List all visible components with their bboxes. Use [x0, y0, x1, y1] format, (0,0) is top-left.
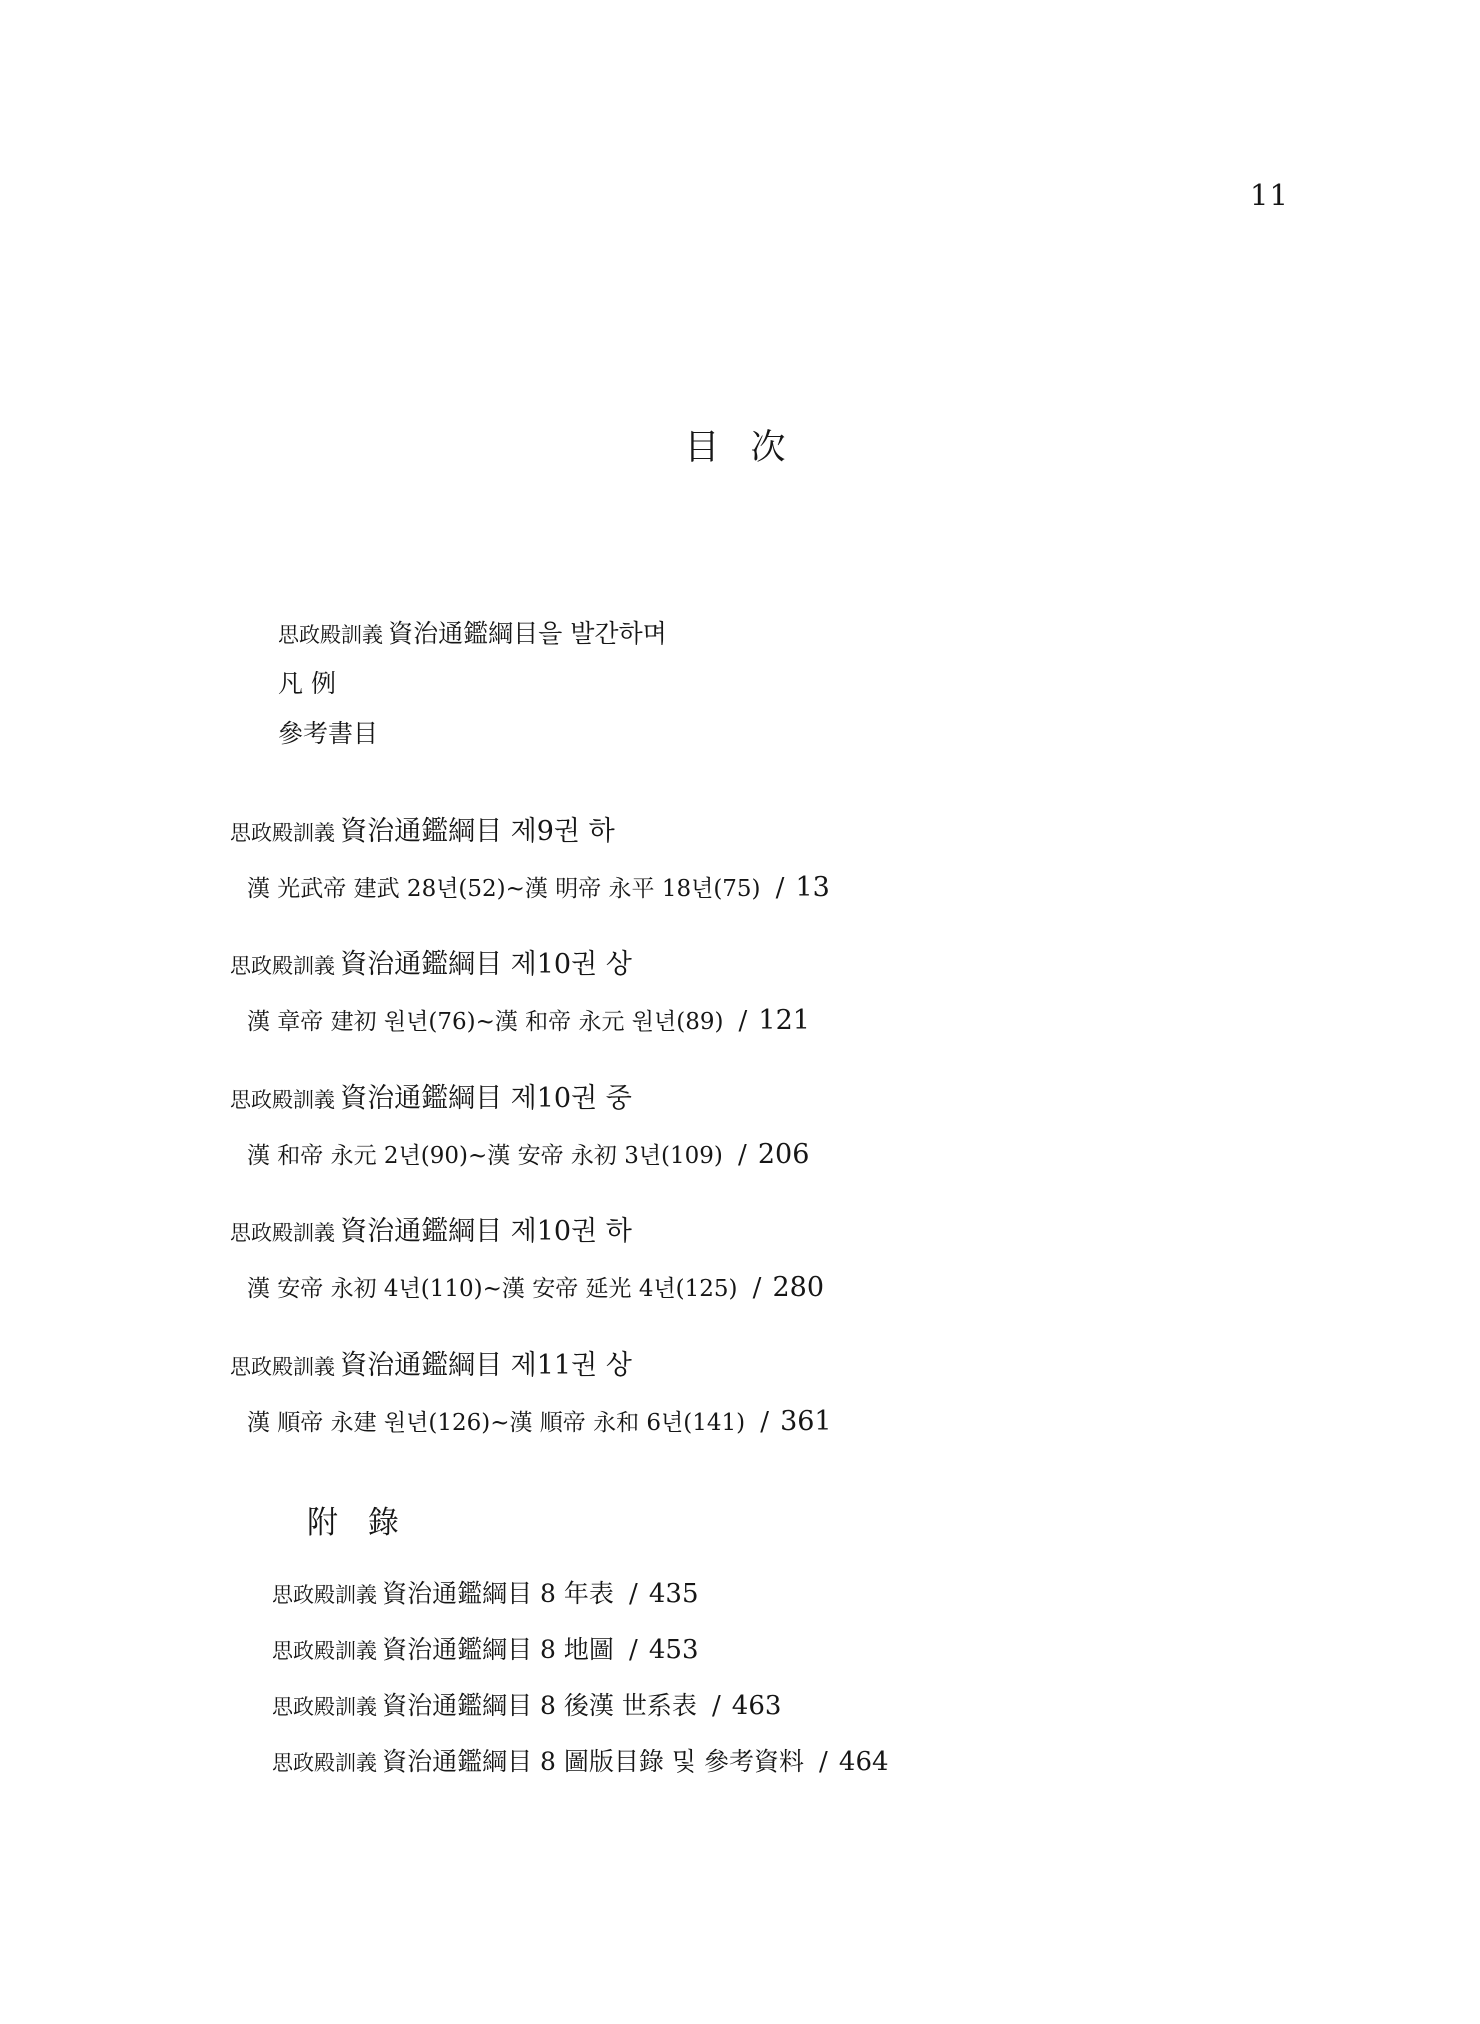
- page-separator: /: [750, 1407, 775, 1437]
- series-prefix: 思政殿訓義: [272, 1695, 377, 1719]
- series-prefix: 思政殿訓義: [278, 623, 383, 647]
- front-matter-item: 參考書目: [278, 710, 667, 760]
- appendix-item-label: 資治通鑑綱目 8 年表: [382, 1579, 614, 1608]
- toc-entry-page: 361: [780, 1406, 832, 1437]
- appendix-item-label: 資治通鑑綱目 8 圖版目錄 및 參考資料: [382, 1747, 804, 1776]
- page-separator: /: [619, 1635, 644, 1665]
- page-number: 11: [1250, 178, 1289, 212]
- toc-entry: 思政殿訓義 資治通鑑綱目 제10권 하 漢 安帝 永初 4년(110)~漢 安帝…: [230, 1215, 824, 1306]
- front-matter-label: 資治通鑑綱目을 발간하며: [388, 619, 667, 648]
- toc-entry-title: 資治通鑑綱目 제10권 상: [340, 949, 632, 980]
- appendix-item-label: 資治通鑑綱目 8 地圖: [382, 1635, 614, 1664]
- toc-entry-heading: 思政殿訓義 資治通鑑綱目 제11권 상: [230, 1349, 832, 1386]
- toc-entry-sub: 漢 章帝 建初 원년(76)~漢 和帝 永元 원년(89) / 121: [247, 1006, 810, 1039]
- toc-entry-range: 漢 光武帝 建武 28년(52)~漢 明帝 永平 18년(75): [247, 876, 761, 902]
- toc-page: 11 目 次 思政殿訓義 資治通鑑綱目을 발간하며 凡 例 參考書目 思政殿訓義…: [0, 0, 1480, 2024]
- series-prefix: 思政殿訓義: [230, 1088, 335, 1112]
- toc-entry-heading: 思政殿訓義 資治通鑑綱目 제9권 하: [230, 815, 830, 852]
- page-separator: /: [729, 1006, 754, 1036]
- appendix-item: 思政殿訓義 資治通鑑綱目 8 後漢 世系表 / 463: [272, 1690, 889, 1724]
- page-separator: /: [809, 1747, 834, 1777]
- toc-entry-heading: 思政殿訓義 資治通鑑綱目 제10권 중: [230, 1082, 809, 1119]
- page-separator: /: [619, 1579, 644, 1609]
- series-prefix: 思政殿訓義: [230, 821, 335, 845]
- toc-entry-title: 資治通鑑綱目 제10권 하: [340, 1216, 632, 1247]
- appendix-item: 思政殿訓義 資治通鑑綱目 8 地圖 / 453: [272, 1634, 889, 1668]
- toc-entry-range: 漢 安帝 永初 4년(110)~漢 安帝 延光 4년(125): [247, 1276, 738, 1302]
- toc-entry-range: 漢 章帝 建初 원년(76)~漢 和帝 永元 원년(89): [247, 1009, 723, 1035]
- front-matter-item: 思政殿訓義 資治通鑑綱目을 발간하며: [278, 610, 667, 660]
- page-separator: /: [743, 1273, 768, 1303]
- series-prefix: 思政殿訓義: [272, 1751, 377, 1775]
- toc-entry-sub: 漢 順帝 永建 원년(126)~漢 順帝 永和 6년(141) / 361: [247, 1407, 832, 1440]
- toc-entry-title: 資治通鑑綱目 제10권 중: [340, 1083, 632, 1114]
- series-prefix: 思政殿訓義: [230, 1221, 335, 1245]
- toc-entry-sub: 漢 光武帝 建武 28년(52)~漢 明帝 永平 18년(75) / 13: [247, 873, 830, 906]
- toc-entry-heading: 思政殿訓義 資治通鑑綱目 제10권 상: [230, 948, 810, 985]
- series-prefix: 思政殿訓義: [230, 1355, 335, 1379]
- toc-entry: 思政殿訓義 資治通鑑綱目 제10권 중 漢 和帝 永元 2년(90)~漢 安帝 …: [230, 1082, 809, 1173]
- appendix-item-page: 463: [732, 1691, 782, 1721]
- series-prefix: 思政殿訓義: [230, 954, 335, 978]
- toc-entry-range: 漢 和帝 永元 2년(90)~漢 安帝 永初 3년(109): [247, 1143, 723, 1169]
- toc-entry-range: 漢 順帝 永建 원년(126)~漢 順帝 永和 6년(141): [247, 1410, 745, 1436]
- appendix-item: 思政殿訓義 資治通鑑綱目 8 圖版目錄 및 參考資料 / 464: [272, 1746, 889, 1780]
- appendix-item: 思政殿訓義 資治通鑑綱目 8 年表 / 435: [272, 1578, 889, 1612]
- page-separator: /: [702, 1691, 727, 1721]
- appendix-list: 思政殿訓義 資治通鑑綱目 8 年表 / 435 思政殿訓義 資治通鑑綱目 8 地…: [272, 1578, 889, 1802]
- toc-entry-page: 13: [796, 872, 830, 903]
- toc-entry-sub: 漢 安帝 永初 4년(110)~漢 安帝 延光 4년(125) / 280: [247, 1273, 824, 1306]
- page-separator: /: [766, 873, 791, 903]
- appendix-item-page: 435: [649, 1579, 699, 1609]
- toc-entry: 思政殿訓義 資治通鑑綱目 제9권 하 漢 光武帝 建武 28년(52)~漢 明帝…: [230, 815, 830, 906]
- toc-entry-page: 280: [773, 1272, 825, 1303]
- toc-entry-sub: 漢 和帝 永元 2년(90)~漢 安帝 永初 3년(109) / 206: [247, 1140, 809, 1173]
- series-prefix: 思政殿訓義: [272, 1583, 377, 1607]
- front-matter-label: 凡 例: [278, 669, 336, 698]
- front-matter-label: 參考書目: [278, 719, 378, 748]
- appendix-heading: 附 錄: [307, 1504, 409, 1542]
- appendix-item-page: 453: [649, 1635, 699, 1665]
- toc-entry-title: 資治通鑑綱目 제11권 상: [340, 1350, 632, 1381]
- front-matter-item: 凡 例: [278, 660, 667, 710]
- page-title: 目 次: [0, 426, 1480, 470]
- front-matter-list: 思政殿訓義 資治通鑑綱目을 발간하며 凡 例 參考書目: [278, 610, 667, 760]
- series-prefix: 思政殿訓義: [272, 1639, 377, 1663]
- toc-entry: 思政殿訓義 資治通鑑綱目 제10권 상 漢 章帝 建初 원년(76)~漢 和帝 …: [230, 948, 810, 1039]
- page-separator: /: [728, 1140, 753, 1170]
- toc-entry: 思政殿訓義 資治通鑑綱目 제11권 상 漢 順帝 永建 원년(126)~漢 順帝…: [230, 1349, 832, 1440]
- toc-entry-heading: 思政殿訓義 資治通鑑綱目 제10권 하: [230, 1215, 824, 1252]
- toc-entry-title: 資治通鑑綱目 제9권 하: [340, 816, 615, 847]
- appendix-item-page: 464: [839, 1747, 889, 1777]
- toc-entry-page: 121: [758, 1005, 810, 1036]
- toc-entry-page: 206: [758, 1139, 810, 1170]
- appendix-item-label: 資治通鑑綱目 8 後漢 世系表: [382, 1691, 697, 1720]
